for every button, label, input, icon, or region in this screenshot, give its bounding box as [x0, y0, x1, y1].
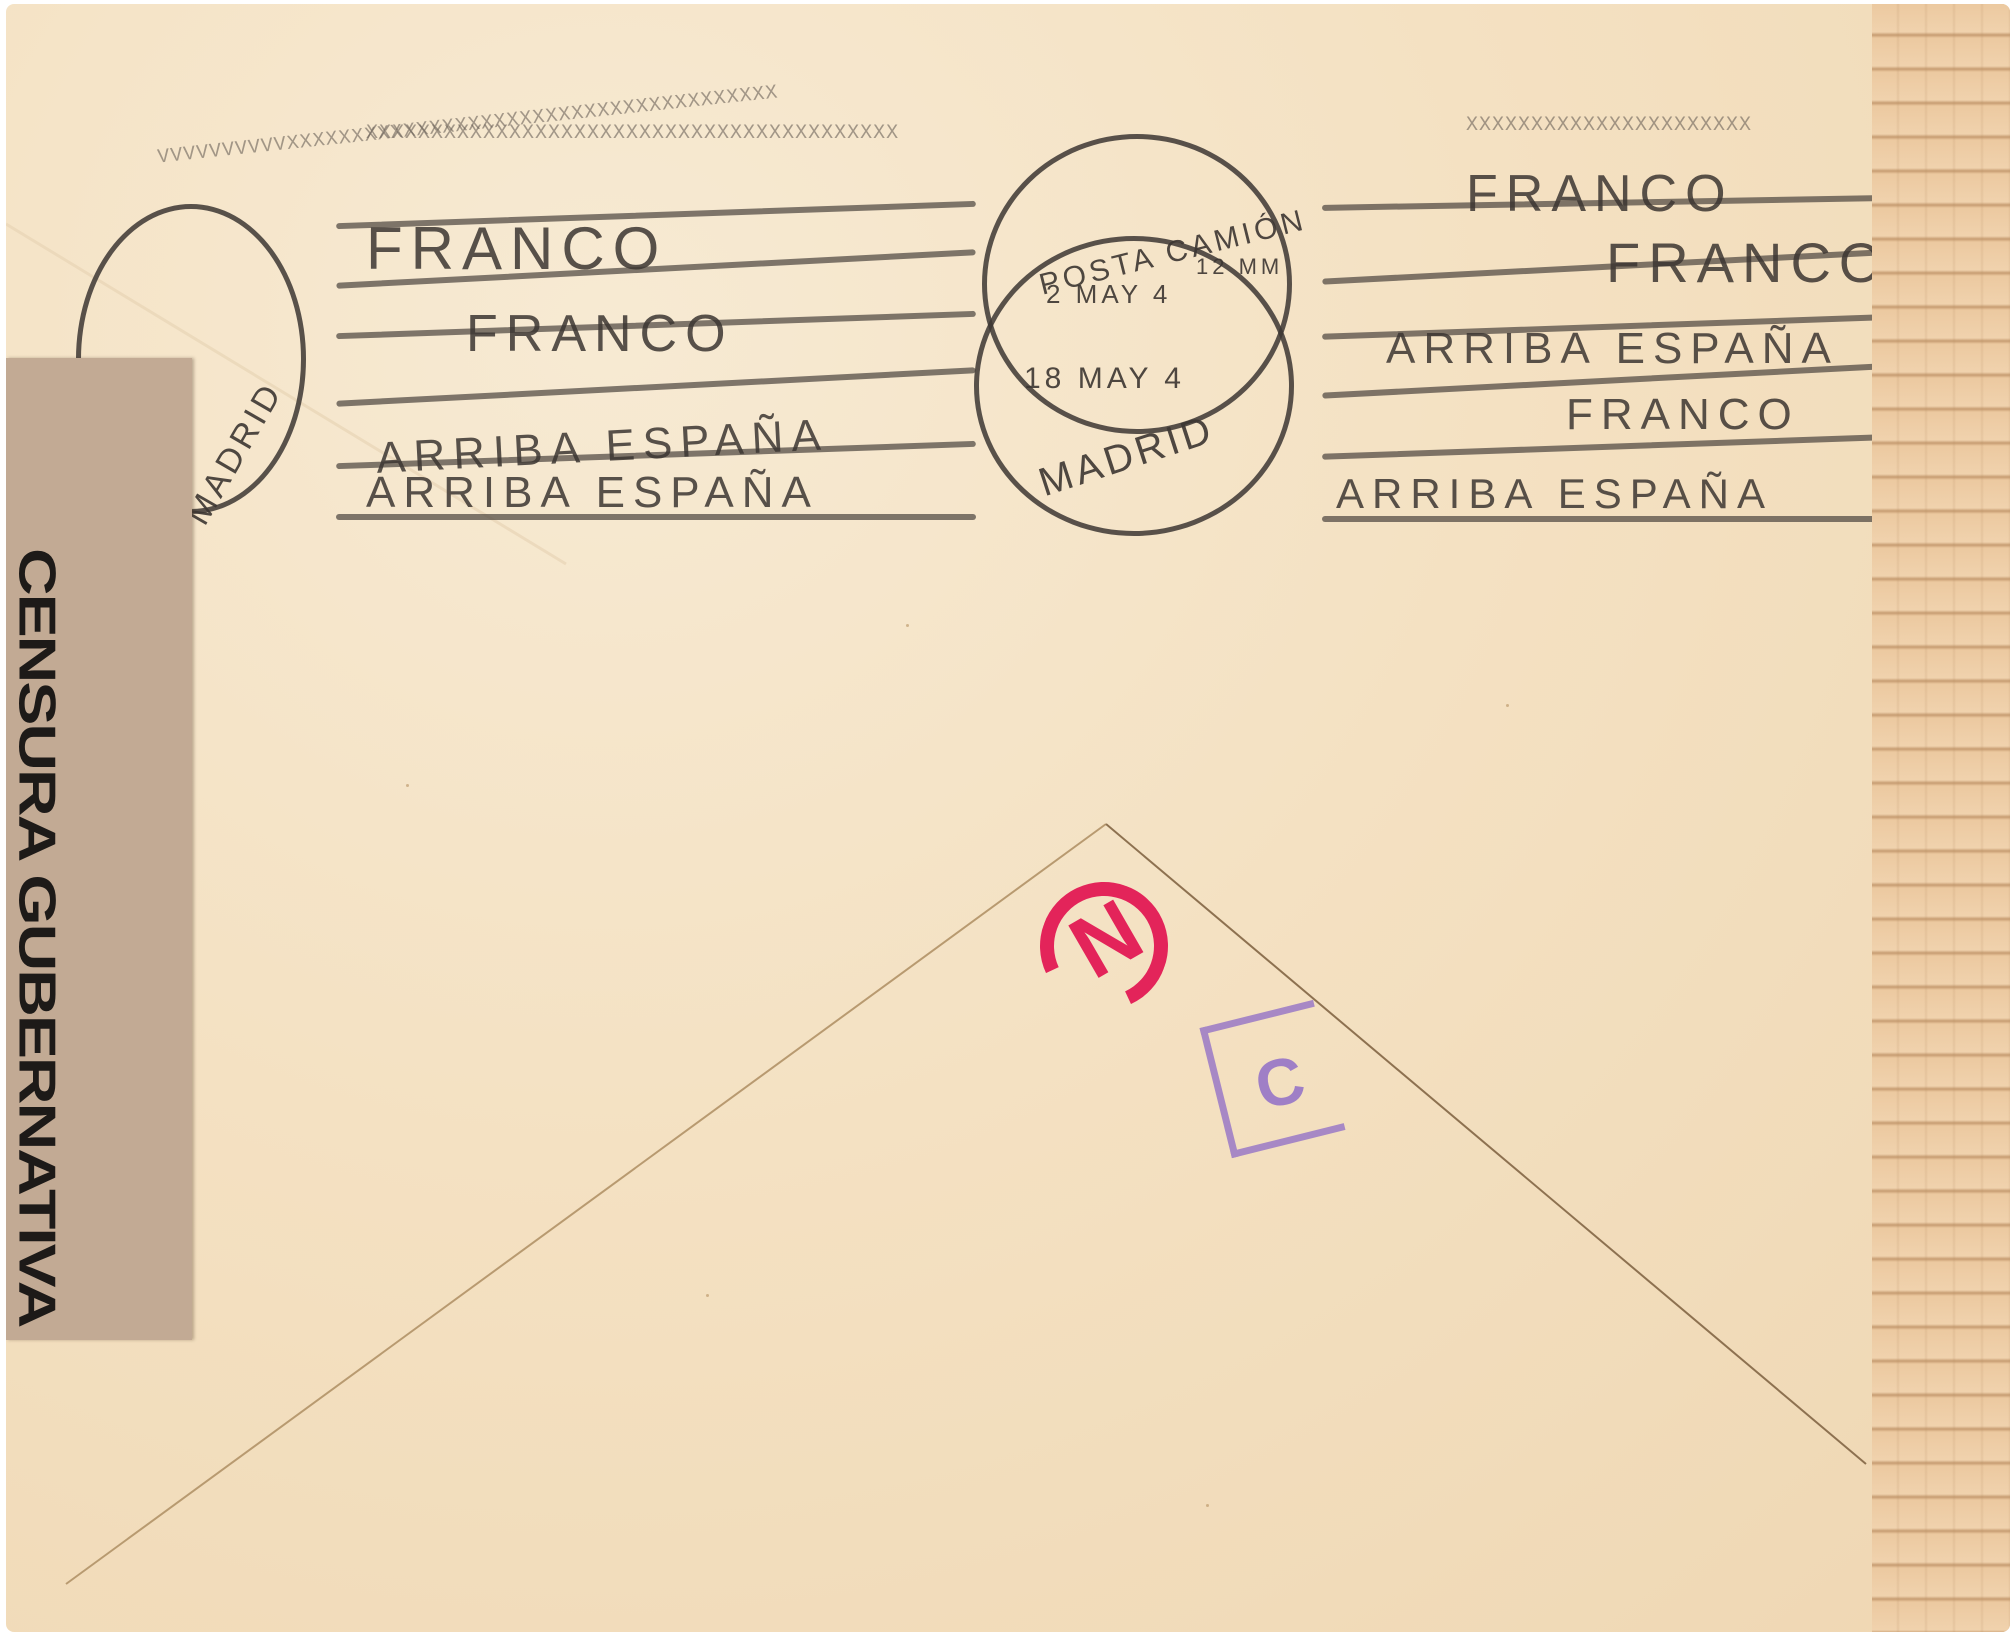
cancel-text: FRANCO — [466, 304, 734, 364]
envelope: VVVVVVVVVVXXXXXXXXXXXXXXXXXXXXXXXXXXXXXX… — [6, 4, 2010, 1632]
paper-speck — [1206, 1504, 1209, 1507]
cancel-text: ARRIBA ESPAÑA — [1386, 324, 1839, 374]
roller-impression: XXXXXXXXXXXXXXXXXXXXXXXXXXXXXXXXXXXXXXXX… — [366, 122, 899, 145]
censor-label: CENSURA GUBERNATIVA — [6, 358, 192, 1340]
paper-speck — [406, 784, 409, 787]
cancel-text: FRANCO — [366, 214, 667, 283]
roller-impression: XXXXXXXXXXXXXXXXXXXXXX — [1466, 114, 1752, 137]
paper-speck — [706, 1294, 709, 1297]
cancel-text: FRANCO — [1606, 230, 1890, 295]
cancel-text: ARRIBA ESPAÑA — [366, 468, 819, 518]
paper-speck — [1506, 704, 1509, 707]
postmark-time: 12 MM — [1196, 254, 1283, 280]
cancel-text: ARRIBA ESPAÑA — [1336, 470, 1773, 518]
paper-speck — [906, 624, 909, 627]
resealing-tape — [1872, 4, 2010, 1632]
cancel-text: FRANCO — [1566, 390, 1800, 440]
postmark-date-2: 18 MAY 4 — [1024, 362, 1185, 396]
postmark-date: 2 MAY 4 — [1046, 279, 1171, 310]
censor-label-text: CENSURA GUBERNATIVA — [14, 548, 61, 1288]
cancel-text: FRANCO — [1466, 164, 1734, 224]
